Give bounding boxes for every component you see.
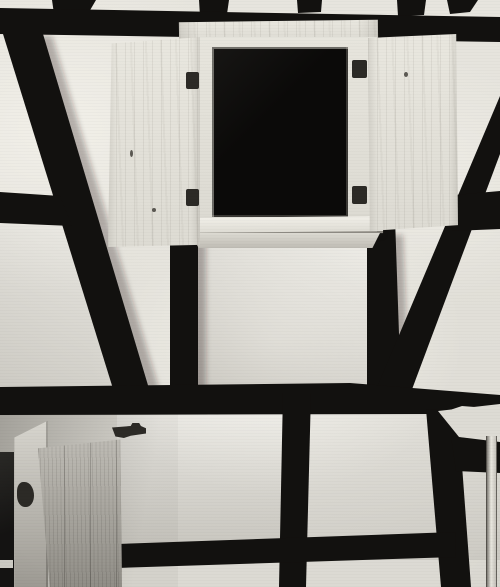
top-stub-4 (397, 0, 426, 16)
lower-window-muntin (0, 560, 13, 568)
lower-window-hinge (17, 482, 34, 507)
hinge-left-lower (186, 189, 199, 206)
downspout-pipe (486, 436, 497, 587)
top-stub-3 (297, 0, 322, 13)
window-apron (191, 233, 380, 248)
right-shutter (368, 34, 458, 231)
window-sill (182, 216, 383, 235)
lower-shutter (38, 438, 122, 587)
window-opening (212, 47, 348, 217)
middle-rail-beam (0, 383, 500, 415)
left-shutter (107, 35, 200, 247)
left-shutter-screw (152, 208, 156, 212)
top-stub-diagonal-right (447, 0, 478, 14)
left-shutter-knot (130, 150, 133, 157)
hinge-right-upper (352, 60, 367, 78)
right-shutter-knot (404, 72, 408, 77)
hinge-right-lower (352, 186, 367, 204)
hinge-left-upper (186, 72, 199, 89)
facade-photograph (0, 0, 500, 587)
